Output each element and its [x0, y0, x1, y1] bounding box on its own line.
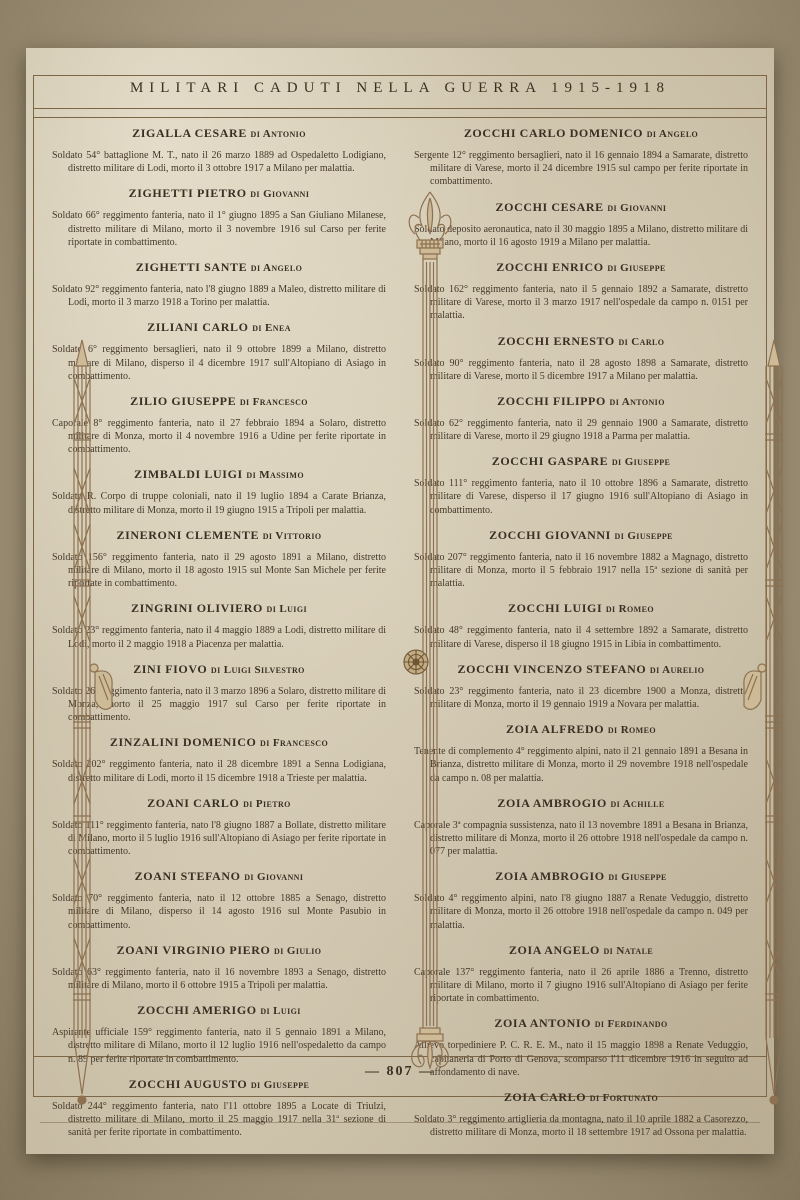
soldier-name-heading: ZOIA CARLO di Fortunato [414, 1090, 748, 1105]
soldier-name: ZOIA AMBROGIO [495, 869, 604, 883]
soldier-patronymic: di Carlo [618, 336, 664, 348]
soldier-record-text: Aspirante ufficiale 159° reggimento fant… [52, 1026, 386, 1066]
soldier-entry: ZOCCHI CARLO DOMENICO di AngeloSergente … [414, 126, 748, 189]
soldier-entry: ZOCCHI ERNESTO di CarloSoldato 90° reggi… [414, 334, 748, 383]
soldier-patronymic: di Giuseppe [615, 530, 673, 542]
soldier-patronymic: di Giovanni [607, 202, 666, 214]
soldier-entry: ZOCCHI VINCENZO STEFANO di AurelioSoldat… [414, 662, 748, 711]
soldier-entry: ZILIANI CARLO di EneaSoldato 6° reggimen… [52, 320, 386, 383]
soldier-name: ZOCCHI CARLO DOMENICO [464, 126, 643, 140]
soldier-name-heading: ZIMBALDI LUIGI di Massimo [52, 467, 386, 482]
soldier-entry: ZINGRINI OLIVIERO di LuigiSoldato 23° re… [52, 601, 386, 650]
soldier-name-heading: ZINI FIOVO di Luigi Silvestro [52, 662, 386, 677]
soldier-record-text: Soldato 92° reggimento fanteria, nato l'… [52, 283, 386, 309]
photographed-book-page: MILITARI CADUTI NELLA GUERRA 1915-1918 Z… [0, 0, 800, 1200]
soldier-name: ZOIA CARLO [504, 1090, 586, 1104]
soldier-name: ZOCCHI AMERIGO [137, 1003, 256, 1017]
soldier-name: ZOCCHI GASPARE [492, 454, 609, 468]
soldier-entry: ZOCCHI GIOVANNI di GiuseppeSoldato 207° … [414, 528, 748, 591]
soldier-record-text: Soldato 23° reggimento fanteria, nato il… [52, 624, 386, 650]
soldier-patronymic: di Aurelio [650, 664, 705, 676]
soldier-name-heading: ZIGHETTI PIETRO di Giovanni [52, 186, 386, 201]
soldier-entry: ZINZALINI DOMENICO di FrancescoSoldato 2… [52, 735, 386, 784]
soldier-patronymic: di Enea [252, 322, 291, 334]
soldier-name-heading: ZINGRINI OLIVIERO di Luigi [52, 601, 386, 616]
soldier-name-heading: ZOCCHI CARLO DOMENICO di Angelo [414, 126, 748, 141]
soldier-name-heading: ZOANI CARLO di Pietro [52, 796, 386, 811]
soldier-name-heading: ZOCCHI GIOVANNI di Giuseppe [414, 528, 748, 543]
soldier-patronymic: di Francesco [240, 396, 308, 408]
soldier-name-heading: ZOIA ANTONIO di Ferdinando [414, 1016, 748, 1031]
soldier-record-text: Caporale 8° reggimento fanteria, nato il… [52, 417, 386, 457]
soldier-record-text: Soldato 48° reggimento fanteria, nato il… [414, 624, 748, 650]
soldier-name: ZOCCHI ENRICO [496, 260, 603, 274]
soldier-record-text: Soldato R. Corpo di truppe coloniali, na… [52, 490, 386, 516]
soldier-name: ZOCCHI GIOVANNI [489, 528, 611, 542]
soldier-name-heading: ZINERONI CLEMENTE di Vittorio [52, 528, 386, 543]
soldier-record-text: Soldato 4° reggimento alpini, nato l'8 g… [414, 892, 748, 932]
soldier-name-heading: ZILIANI CARLO di Enea [52, 320, 386, 335]
soldier-record-text: Soldato deposito aeronautica, nato il 30… [414, 223, 748, 249]
soldier-name-heading: ZOCCHI FILIPPO di Antonio [414, 394, 748, 409]
soldier-patronymic: di Ferdinando [595, 1018, 668, 1030]
paper-sheet: MILITARI CADUTI NELLA GUERRA 1915-1918 Z… [26, 48, 774, 1154]
soldier-record-text: Soldato 202° reggimento fanteria, nato i… [52, 758, 386, 784]
soldier-patronymic: di Luigi [260, 1005, 300, 1017]
soldier-record-text: Soldato 90° reggimento fanteria, nato il… [414, 357, 748, 383]
soldier-name-heading: ZOCCHI GASPARE di Giuseppe [414, 454, 748, 469]
soldier-record-text: Soldato 162° reggimento fanteria, nato i… [414, 283, 748, 323]
soldier-name: ZILIANI CARLO [147, 320, 249, 334]
header-rule-top [33, 108, 766, 109]
soldier-patronymic: di Romeo [608, 724, 656, 736]
soldier-name: ZOANI CARLO [147, 796, 239, 810]
soldier-name: ZOIA ALFREDO [506, 722, 604, 736]
soldier-patronymic: di Luigi Silvestro [211, 664, 305, 676]
soldier-record-text: Soldato 111° reggimento fanteria, nato i… [414, 477, 748, 517]
soldier-name: ZINZALINI DOMENICO [110, 735, 257, 749]
soldier-record-text: Soldato 3° reggimento artiglieria da mon… [414, 1113, 748, 1139]
soldier-name: ZINERONI CLEMENTE [117, 528, 260, 542]
soldier-name-heading: ZOCCHI ERNESTO di Carlo [414, 334, 748, 349]
soldier-name-heading: ZOCCHI LUIGI di Romeo [414, 601, 748, 616]
soldier-name: ZIGHETTI PIETRO [129, 186, 247, 200]
soldier-name: ZOIA AMBROGIO [497, 796, 606, 810]
soldier-name: ZIGALLA CESARE [132, 126, 247, 140]
soldier-record-text: Soldato 66° reggimento fanteria, nato il… [52, 209, 386, 249]
soldier-name: ZOCCHI LUIGI [508, 601, 602, 615]
header-rule-bottom [33, 117, 766, 118]
soldier-name-heading: ZOIA ALFREDO di Romeo [414, 722, 748, 737]
soldier-name-heading: ZOIA AMBROGIO di Giuseppe [414, 869, 748, 884]
soldier-name: ZOIA ANGELO [509, 943, 600, 957]
soldier-patronymic: di Antonio [610, 396, 665, 408]
soldier-patronymic: di Romeo [606, 603, 654, 615]
soldier-name: ZOANI VIRGINIO PIERO [117, 943, 271, 957]
soldier-name-heading: ZILIO GIUSEPPE di Francesco [52, 394, 386, 409]
soldier-entry: ZOCCHI FILIPPO di AntonioSoldato 62° reg… [414, 394, 748, 443]
soldier-record-text: Soldato 62° reggimento fanteria, nato il… [414, 417, 748, 443]
soldier-entry: ZOIA AMBROGIO di GiuseppeSoldato 4° regg… [414, 869, 748, 932]
soldier-entry: ZOANI CARLO di PietroSoldato 111° reggim… [52, 796, 386, 859]
soldier-entry: ZOCCHI GASPARE di GiuseppeSoldato 111° r… [414, 454, 748, 517]
soldier-entry: ZILIO GIUSEPPE di FrancescoCaporale 8° r… [52, 394, 386, 457]
soldier-record-text: Tenente di complemento 4° reggimento alp… [414, 745, 748, 785]
soldier-name: ZINGRINI OLIVIERO [131, 601, 263, 615]
soldier-name-heading: ZIGHETTI SANTE di Angelo [52, 260, 386, 275]
soldier-patronymic: di Giuseppe [607, 262, 665, 274]
soldier-entry: ZIGALLA CESARE di AntonioSoldato 54° bat… [52, 126, 386, 175]
right-column: ZOCCHI CARLO DOMENICO di AngeloSergente … [414, 126, 748, 1150]
soldier-name-heading: ZOCCHI VINCENZO STEFANO di Aurelio [414, 662, 748, 677]
soldier-patronymic: di Fortunato [590, 1092, 658, 1104]
soldier-patronymic: di Massimo [246, 469, 304, 481]
soldier-name-heading: ZOANI STEFANO di Giovanni [52, 869, 386, 884]
soldier-entry: ZOIA ANGELO di NataleCaporale 137° reggi… [414, 943, 748, 1006]
soldier-entry: ZOANI VIRGINIO PIERO di GiulioSoldato 63… [52, 943, 386, 992]
soldier-patronymic: di Francesco [260, 737, 328, 749]
soldier-name-heading: ZOIA AMBROGIO di Achille [414, 796, 748, 811]
left-column: ZIGALLA CESARE di AntonioSoldato 54° bat… [52, 126, 386, 1150]
soldier-patronymic: di Giuseppe [608, 871, 666, 883]
soldier-entry: ZOIA CARLO di FortunatoSoldato 3° reggim… [414, 1090, 748, 1139]
soldier-record-text: Caporale 3ª compagnia sussistenza, nato … [414, 819, 748, 859]
soldier-entry: ZOIA AMBROGIO di AchilleCaporale 3ª comp… [414, 796, 748, 859]
soldier-name: ZOCCHI CESARE [496, 200, 604, 214]
soldier-patronymic: di Giovanni [250, 188, 309, 200]
soldier-patronymic: di Angelo [647, 128, 698, 140]
soldier-entry: ZIGHETTI PIETRO di GiovanniSoldato 66° r… [52, 186, 386, 249]
soldier-entry: ZOIA ALFREDO di RomeoTenente di compleme… [414, 722, 748, 785]
soldier-patronymic: di Giulio [274, 945, 321, 957]
soldier-name-heading: ZOANI VIRGINIO PIERO di Giulio [52, 943, 386, 958]
soldier-patronymic: di Angelo [251, 262, 302, 274]
soldier-entry: ZOCCHI ENRICO di GiuseppeSoldato 162° re… [414, 260, 748, 323]
soldier-name-heading: ZOIA ANGELO di Natale [414, 943, 748, 958]
soldier-name-heading: ZIGALLA CESARE di Antonio [52, 126, 386, 141]
soldier-record-text: Sergente 12° reggimento bersaglieri, nat… [414, 149, 748, 189]
soldier-entry: ZOCCHI CESARE di GiovanniSoldato deposit… [414, 200, 748, 249]
soldier-name: ZOCCHI FILIPPO [497, 394, 606, 408]
soldier-name: ZOIA ANTONIO [494, 1016, 591, 1030]
soldier-name-heading: ZOCCHI CESARE di Giovanni [414, 200, 748, 215]
soldier-entry: ZOCCHI AUGUSTO di GiuseppeSoldato 244° r… [52, 1077, 386, 1140]
soldier-patronymic: di Giuseppe [612, 456, 670, 468]
soldier-patronymic: di Giovanni [244, 871, 303, 883]
soldier-name: ZIMBALDI LUIGI [134, 467, 243, 481]
soldier-record-text: Soldato 70° reggimento fanteria, nato il… [52, 892, 386, 932]
soldier-entry: ZINI FIOVO di Luigi SilvestroSoldato 26°… [52, 662, 386, 725]
soldier-record-text: Soldato 23° reggimento fanteria, nato il… [414, 685, 748, 711]
soldier-entry: ZINERONI CLEMENTE di VittorioSoldato 156… [52, 528, 386, 591]
soldier-record-text: Soldato 207° reggimento fanteria, nato i… [414, 551, 748, 591]
soldier-record-text: Caporale 137° reggimento fanteria, nato … [414, 966, 748, 1006]
soldier-name-heading: ZOCCHI ENRICO di Giuseppe [414, 260, 748, 275]
soldier-entry: ZOANI STEFANO di GiovanniSoldato 70° reg… [52, 869, 386, 932]
soldier-patronymic: di Giuseppe [251, 1079, 309, 1091]
soldier-record-text: Soldato 26° reggimento fanteria, nato il… [52, 685, 386, 725]
soldier-name: ZINI FIOVO [133, 662, 207, 676]
soldier-patronymic: di Antonio [251, 128, 306, 140]
soldier-name: ZOCCHI VINCENZO STEFANO [458, 662, 647, 676]
soldier-patronymic: di Luigi [267, 603, 307, 615]
soldier-name: ZIGHETTI SANTE [136, 260, 247, 274]
soldier-entry: ZIGHETTI SANTE di AngeloSoldato 92° regg… [52, 260, 386, 309]
soldier-name: ZOANI STEFANO [135, 869, 241, 883]
soldier-record-text: Soldato 63° reggimento fanteria, nato il… [52, 966, 386, 992]
soldier-patronymic: di Pietro [243, 798, 291, 810]
soldier-patronymic: di Natale [604, 945, 654, 957]
soldier-patronymic: di Vittorio [263, 530, 322, 542]
page-number: — 807 — [26, 1064, 774, 1080]
soldier-patronymic: di Achille [610, 798, 664, 810]
soldier-name: ZOCCHI ERNESTO [498, 334, 615, 348]
soldier-record-text: Soldato 6° reggimento bersaglieri, nato … [52, 343, 386, 383]
soldier-name-heading: ZOCCHI AMERIGO di Luigi [52, 1003, 386, 1018]
soldier-entry: ZIMBALDI LUIGI di MassimoSoldato R. Corp… [52, 467, 386, 516]
soldier-entry: ZOCCHI LUIGI di RomeoSoldato 48° reggime… [414, 601, 748, 650]
soldier-name-heading: ZINZALINI DOMENICO di Francesco [52, 735, 386, 750]
soldier-name: ZILIO GIUSEPPE [130, 394, 236, 408]
soldier-record-text: Soldato 54° battaglione M. T., nato il 2… [52, 149, 386, 175]
soldier-record-text: Soldato 111° reggimento fanteria, nato l… [52, 819, 386, 859]
soldier-record-text: Soldato 244° reggimento fanteria, nato l… [52, 1100, 386, 1140]
soldier-record-text: Soldato 156° reggimento fanteria, nato i… [52, 551, 386, 591]
soldier-entry: ZOCCHI AMERIGO di LuigiAspirante ufficia… [52, 1003, 386, 1066]
page-title: MILITARI CADUTI NELLA GUERRA 1915-1918 [26, 80, 774, 97]
